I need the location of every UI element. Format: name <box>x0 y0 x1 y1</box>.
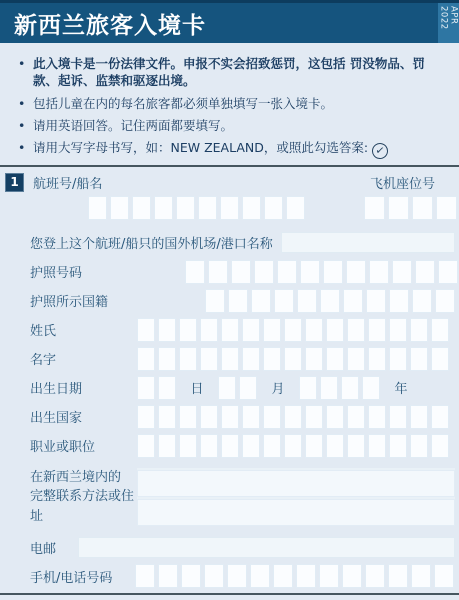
flight-header-row: 1 航班号/船名 飞机座位号 <box>0 167 459 192</box>
char-cell[interactable] <box>326 434 344 458</box>
boarding-port-input[interactable] <box>281 232 455 253</box>
birth-month-input[interactable] <box>218 376 257 400</box>
family-name-row: 姓氏 <box>0 317 459 343</box>
char-cell[interactable] <box>242 318 260 342</box>
email-label: 电邮 <box>30 538 70 557</box>
char-cell[interactable] <box>305 347 323 371</box>
char-cell[interactable] <box>305 434 323 458</box>
char-cell[interactable] <box>204 564 224 588</box>
char-cell[interactable] <box>242 196 261 220</box>
char-cell[interactable] <box>231 260 251 284</box>
char-cell[interactable] <box>205 289 225 313</box>
char-cell[interactable] <box>410 434 428 458</box>
char-cell[interactable] <box>242 347 260 371</box>
char-cell[interactable] <box>364 196 385 220</box>
char-cell[interactable] <box>198 196 217 220</box>
char-cell[interactable] <box>436 196 457 220</box>
char-cell[interactable] <box>110 196 129 220</box>
char-cell[interactable] <box>179 434 197 458</box>
char-cell[interactable] <box>137 318 155 342</box>
list-item: • 请用英语回答。记住两面都要填写。 <box>18 117 445 134</box>
occupation-input[interactable] <box>137 434 449 458</box>
char-cell[interactable] <box>263 347 281 371</box>
char-cell[interactable] <box>362 376 380 400</box>
char-cell[interactable] <box>365 564 385 588</box>
char-cell[interactable] <box>410 347 428 371</box>
char-cell[interactable] <box>296 564 316 588</box>
header-side-strip: APR 2022 <box>438 3 459 43</box>
checkmark-icon: ✓ <box>371 142 389 160</box>
birth-day-input[interactable] <box>137 376 176 400</box>
char-cell[interactable] <box>221 434 239 458</box>
char-cell[interactable] <box>431 347 449 371</box>
char-cell[interactable] <box>438 260 458 284</box>
char-cell[interactable] <box>389 318 407 342</box>
char-cell[interactable] <box>200 405 218 429</box>
given-name-input[interactable] <box>137 347 449 371</box>
char-cell[interactable] <box>158 376 176 400</box>
birth-year-input[interactable] <box>299 376 380 400</box>
char-cell[interactable] <box>273 564 293 588</box>
char-cell[interactable] <box>132 196 151 220</box>
char-cell[interactable] <box>389 434 407 458</box>
char-cell[interactable] <box>323 260 343 284</box>
instruction-text: 请用英语回答。记住两面都要填写。 <box>33 117 233 134</box>
nz-contact-row: 在新西兰境内的 完整联系方法或住址 <box>0 468 459 527</box>
seat-number-input[interactable] <box>364 196 457 220</box>
char-cell[interactable] <box>389 405 407 429</box>
char-cell[interactable] <box>137 376 155 400</box>
char-cell[interactable] <box>221 347 239 371</box>
flight-number-input[interactable] <box>88 196 305 220</box>
char-cell[interactable] <box>392 260 412 284</box>
char-cell[interactable] <box>388 564 408 588</box>
char-cell[interactable] <box>137 434 155 458</box>
char-cell[interactable] <box>179 318 197 342</box>
char-cell[interactable] <box>431 405 449 429</box>
char-cell[interactable] <box>305 318 323 342</box>
char-cell[interactable] <box>218 376 236 400</box>
char-cell[interactable] <box>431 318 449 342</box>
char-cell[interactable] <box>415 260 435 284</box>
char-cell[interactable] <box>135 564 155 588</box>
instruction-text: 此入境卡是一份法律文件。申报不实会招致惩罚，这包括 罚没物品、罚款、起诉、监禁和… <box>33 55 445 90</box>
char-cell[interactable] <box>228 289 248 313</box>
bullet-icon: • <box>18 95 33 112</box>
char-cell[interactable] <box>200 434 218 458</box>
char-cell[interactable] <box>284 405 302 429</box>
char-cell[interactable] <box>411 564 431 588</box>
char-cell[interactable] <box>389 347 407 371</box>
nz-contact-label: 在新西兰境内的 完整联系方法或住址 <box>30 468 137 527</box>
char-cell[interactable] <box>299 376 317 400</box>
char-cell[interactable] <box>185 260 205 284</box>
bullet-icon: • <box>18 55 33 90</box>
char-cell[interactable] <box>412 196 433 220</box>
char-cell[interactable] <box>342 564 362 588</box>
char-cell[interactable] <box>181 564 201 588</box>
char-cell[interactable] <box>346 260 366 284</box>
char-cell[interactable] <box>263 434 281 458</box>
passport-row: 护照号码 <box>0 259 459 285</box>
char-cell[interactable] <box>368 347 386 371</box>
char-cell[interactable] <box>434 564 454 588</box>
birth-date-label: 出生日期 <box>30 378 137 397</box>
char-cell[interactable] <box>389 289 409 313</box>
year-label: 年 <box>380 378 422 397</box>
char-cell[interactable] <box>347 405 365 429</box>
char-cell[interactable] <box>366 289 386 313</box>
char-cell[interactable] <box>284 434 302 458</box>
section-number-badge: 1 <box>5 173 24 192</box>
birth-country-input[interactable] <box>137 405 449 429</box>
char-cell[interactable] <box>200 318 218 342</box>
char-cell[interactable] <box>137 405 155 429</box>
nationality-row: 护照所示国籍 <box>0 288 459 314</box>
char-cell[interactable] <box>369 260 389 284</box>
phone-label: 手机/电话号码 <box>30 567 135 586</box>
family-name-input[interactable] <box>137 318 449 342</box>
char-cell[interactable] <box>137 347 155 371</box>
char-cell[interactable] <box>158 405 176 429</box>
given-name-label: 名字 <box>30 349 137 368</box>
char-cell[interactable] <box>286 196 305 220</box>
section-1: 1 航班号/船名 飞机座位号 您登上这个航班/船只的国外机场/港口名称 护照号码… <box>0 167 459 590</box>
port-row: 您登上这个航班/船只的国外机场/港口名称 <box>0 230 459 256</box>
char-cell[interactable] <box>264 196 283 220</box>
seat-number-label: 飞机座位号 <box>370 173 435 192</box>
phone-row: 手机/电话号码 <box>0 563 459 589</box>
nz-contact-input[interactable] <box>137 468 455 526</box>
bullet-icon: • <box>18 117 33 134</box>
char-cell[interactable] <box>208 260 228 284</box>
occupation-label: 职业或职位 <box>30 436 137 455</box>
instruction-text: 请用大写字母书写，如：NEW ZEALAND，或照此勾选答案:✓ <box>33 139 388 159</box>
char-cell[interactable] <box>239 376 257 400</box>
char-cell[interactable] <box>242 405 260 429</box>
char-cell[interactable] <box>284 318 302 342</box>
char-cell[interactable] <box>221 405 239 429</box>
char-cell[interactable] <box>179 347 197 371</box>
flight-seat-cells-row <box>0 192 459 220</box>
nationality-label: 护照所示国籍 <box>30 291 205 310</box>
char-cell[interactable] <box>158 347 176 371</box>
page-title: 新西兰旅客入境卡 <box>0 7 206 40</box>
char-cell[interactable] <box>320 289 340 313</box>
char-cell[interactable] <box>227 564 247 588</box>
list-item: • 包括儿童在内的每名旅客都必须单独填写一张入境卡。 <box>18 95 445 112</box>
contact-line <box>137 470 455 497</box>
card-header: 新西兰旅客入境卡 APR 2022 <box>0 0 459 43</box>
version-date: APR 2022 <box>439 3 459 43</box>
char-cell[interactable] <box>300 260 320 284</box>
char-cell[interactable] <box>154 196 173 220</box>
day-label: 日 <box>176 378 218 397</box>
char-cell[interactable] <box>347 318 365 342</box>
char-cell[interactable] <box>319 564 339 588</box>
char-cell[interactable] <box>176 196 195 220</box>
char-cell[interactable] <box>158 434 176 458</box>
email-row: 电邮 <box>0 534 459 560</box>
char-cell[interactable] <box>277 260 297 284</box>
birth-country-label: 出生国家 <box>30 407 137 426</box>
char-cell[interactable] <box>200 347 218 371</box>
char-cell[interactable] <box>158 564 178 588</box>
char-cell[interactable] <box>326 405 344 429</box>
list-item: • 此入境卡是一份法律文件。申报不实会招致惩罚，这包括 罚没物品、罚款、起诉、监… <box>18 55 445 90</box>
char-cell[interactable] <box>88 196 107 220</box>
phone-input[interactable] <box>135 564 454 588</box>
birth-country-row: 出生国家 <box>0 404 459 430</box>
char-cell[interactable] <box>341 376 359 400</box>
char-cell[interactable] <box>242 434 260 458</box>
contact-line <box>137 499 455 526</box>
char-cell[interactable] <box>368 434 386 458</box>
char-cell[interactable] <box>305 405 323 429</box>
nationality-input[interactable] <box>205 289 455 313</box>
char-cell[interactable] <box>251 289 271 313</box>
char-cell[interactable] <box>368 405 386 429</box>
char-cell[interactable] <box>221 318 239 342</box>
month-label: 月 <box>257 378 299 397</box>
bullet-icon: • <box>18 139 33 159</box>
instructions-list: • 此入境卡是一份法律文件。申报不实会招致惩罚，这包括 罚没物品、罚款、起诉、监… <box>0 43 459 159</box>
flight-number-label: 航班号/船名 <box>33 173 102 192</box>
char-cell[interactable] <box>179 405 197 429</box>
char-cell[interactable] <box>410 405 428 429</box>
char-cell[interactable] <box>326 318 344 342</box>
char-cell[interactable] <box>326 347 344 371</box>
char-cell[interactable] <box>158 318 176 342</box>
char-cell[interactable] <box>347 347 365 371</box>
char-cell[interactable] <box>263 405 281 429</box>
email-input[interactable] <box>78 537 455 558</box>
char-cell[interactable] <box>297 289 317 313</box>
char-cell[interactable] <box>254 260 274 284</box>
char-cell[interactable] <box>284 347 302 371</box>
list-item: • 请用大写字母书写，如：NEW ZEALAND，或照此勾选答案:✓ <box>18 139 445 159</box>
char-cell[interactable] <box>274 289 294 313</box>
char-cell[interactable] <box>368 318 386 342</box>
family-name-label: 姓氏 <box>30 320 137 339</box>
given-name-row: 名字 <box>0 346 459 372</box>
char-cell[interactable] <box>347 434 365 458</box>
char-cell[interactable] <box>435 289 455 313</box>
birth-date-row: 出生日期 日 月 年 <box>0 375 459 401</box>
instruction-text: 包括儿童在内的每名旅客都必须单独填写一张入境卡。 <box>33 95 333 112</box>
char-cell[interactable] <box>410 318 428 342</box>
passport-number-input[interactable] <box>185 260 458 284</box>
char-cell[interactable] <box>431 434 449 458</box>
char-cell[interactable] <box>320 376 338 400</box>
char-cell[interactable] <box>263 318 281 342</box>
bottom-divider <box>0 593 459 595</box>
char-cell[interactable] <box>388 196 409 220</box>
char-cell[interactable] <box>250 564 270 588</box>
boarding-port-label: 您登上这个航班/船只的国外机场/港口名称 <box>30 233 273 252</box>
char-cell[interactable] <box>220 196 239 220</box>
occupation-row: 职业或职位 <box>0 433 459 459</box>
passport-number-label: 护照号码 <box>30 262 185 281</box>
char-cell[interactable] <box>343 289 363 313</box>
char-cell[interactable] <box>412 289 432 313</box>
arrival-card-page: { "header": { "title": "新西兰旅客入境卡", "date… <box>0 0 459 600</box>
